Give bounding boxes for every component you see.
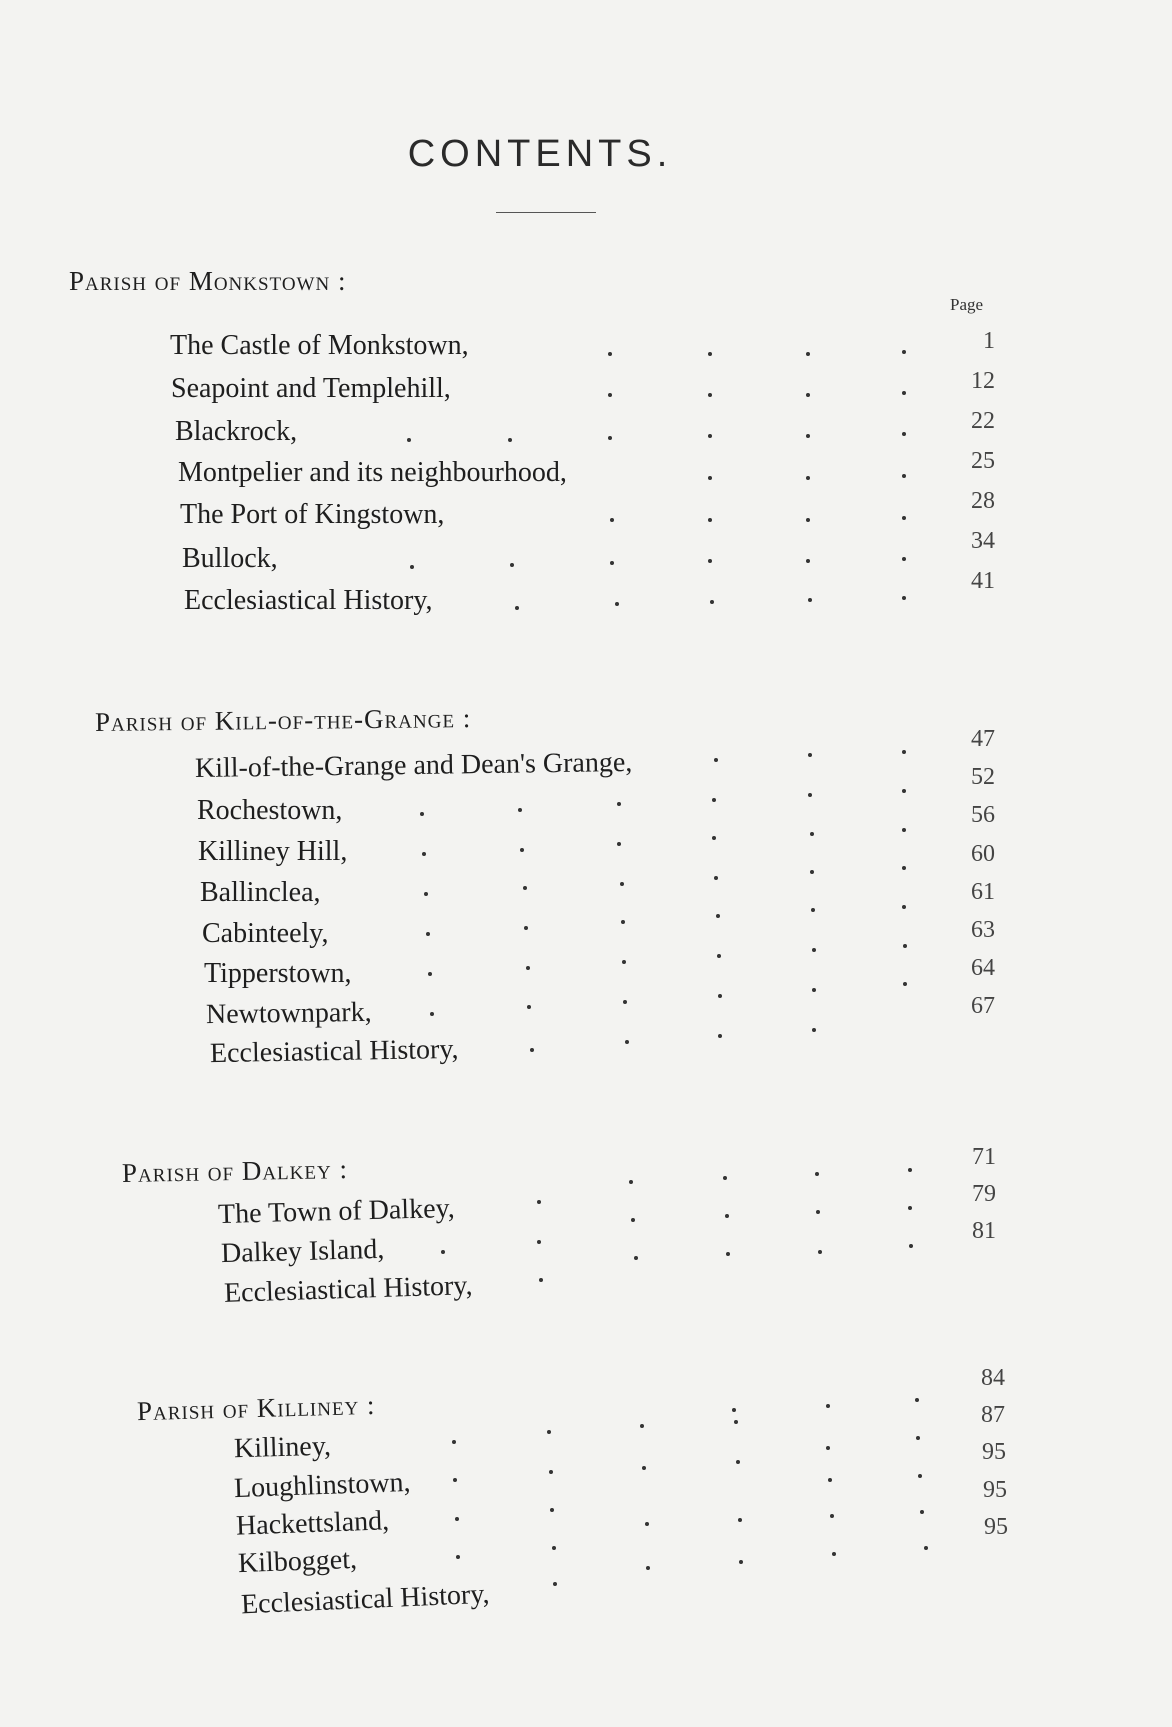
leader-dot (708, 476, 712, 480)
leader-dot (621, 920, 625, 924)
leader-dot (806, 393, 810, 397)
toc-entry[interactable]: The Castle of Monkstown, (170, 330, 469, 362)
leader-dot (710, 600, 714, 604)
leader-dot (608, 436, 612, 440)
leader-dot (453, 1478, 457, 1482)
leader-dot (826, 1446, 830, 1450)
title-rule (496, 212, 596, 213)
toc-entry[interactable]: Loughlinstown, (233, 1467, 411, 1505)
section-heading-kill-of-the-grange: Parish of Kill-of-the-Grange : (95, 703, 472, 738)
leader-dot (903, 944, 907, 948)
page-number: 52 (945, 764, 995, 791)
leader-dot (903, 982, 907, 986)
page-number: 87 (955, 1402, 1005, 1429)
leader-dot (815, 1172, 819, 1176)
leader-dot (806, 434, 810, 438)
leader-dot (723, 1176, 727, 1180)
leader-dot (718, 994, 722, 998)
leader-dot (518, 808, 522, 812)
toc-entry[interactable]: Newtownpark, (206, 997, 372, 1031)
toc-entry[interactable]: Ecclesiastical History, (240, 1579, 490, 1622)
leader-dot (902, 828, 906, 832)
leader-dot (902, 391, 906, 395)
page-number: 84 (955, 1365, 1005, 1392)
leader-dot (806, 352, 810, 356)
page-number: 67 (945, 993, 995, 1020)
leader-dot (732, 1408, 736, 1412)
leader-dot (826, 1404, 830, 1408)
leader-dot (902, 557, 906, 561)
toc-entry[interactable]: Hackettsland, (235, 1505, 389, 1542)
leader-dot (712, 798, 716, 802)
leader-dot (712, 836, 716, 840)
leader-dot (515, 606, 519, 610)
leader-dot (806, 518, 810, 522)
leader-dot (708, 434, 712, 438)
leader-dot (708, 559, 712, 563)
leader-dot (915, 1398, 919, 1402)
leader-dot (553, 1582, 557, 1586)
section-heading-killiney: Parish of Killiney : (137, 1390, 376, 1427)
leader-dot (714, 876, 718, 880)
leader-dot (456, 1555, 460, 1559)
page-title: CONTENTS. (0, 133, 1080, 176)
toc-entry[interactable]: Montpelier and its neighbourhood, (178, 457, 567, 489)
toc-entry[interactable]: Ecclesiastical History, (184, 585, 433, 617)
leader-dot (902, 350, 906, 354)
leader-dot (617, 802, 621, 806)
leader-dot (739, 1560, 743, 1564)
leader-dot (642, 1466, 646, 1470)
leader-dot (924, 1546, 928, 1550)
toc-entry[interactable]: Kill-of-the-Grange and Dean's Grange, (195, 747, 633, 785)
leader-dot (818, 1250, 822, 1254)
leader-dot (902, 866, 906, 870)
leader-dot (622, 960, 626, 964)
leader-dot (550, 1508, 554, 1512)
leader-dot (725, 1214, 729, 1218)
toc-entry[interactable]: Bullock, (182, 543, 278, 575)
page-number: 81 (946, 1218, 996, 1245)
leader-dot (428, 972, 432, 976)
leader-dot (902, 905, 906, 909)
leader-dot (620, 882, 624, 886)
page-number: 25 (945, 448, 995, 475)
leader-dot (816, 1210, 820, 1214)
leader-dot (410, 565, 414, 569)
leader-dot (808, 753, 812, 757)
toc-entry[interactable]: Dalkey Island, (221, 1234, 385, 1270)
leader-dot (902, 750, 906, 754)
leader-dot (426, 932, 430, 936)
leader-dot (610, 518, 614, 522)
leader-dot (508, 438, 512, 442)
page-number: 41 (945, 568, 995, 595)
toc-entry[interactable]: Rochestown, (197, 795, 342, 827)
leader-dot (808, 598, 812, 602)
leader-dot (549, 1470, 553, 1474)
toc-entry[interactable]: The Town of Dalkey, (218, 1193, 456, 1231)
page-number: 56 (945, 802, 995, 829)
leader-dot (420, 812, 424, 816)
toc-entry[interactable]: Killiney Hill, (198, 836, 347, 868)
page-number: 95 (958, 1514, 1008, 1541)
leader-dot (441, 1250, 445, 1254)
leader-dot (527, 1005, 531, 1009)
leader-dot (714, 758, 718, 762)
toc-entry[interactable]: Killiney, (234, 1431, 332, 1466)
page-number: 12 (945, 368, 995, 395)
page-number: 34 (945, 528, 995, 555)
section-heading-monkstown: Parish of Monkstown : (69, 266, 346, 297)
page-number: 95 (956, 1439, 1006, 1466)
leader-dot (610, 561, 614, 565)
leader-dot (909, 1244, 913, 1248)
leader-dot (902, 432, 906, 436)
leader-dot (918, 1474, 922, 1478)
page-number: 63 (945, 917, 995, 944)
leader-dot (708, 352, 712, 356)
leader-dot (645, 1522, 649, 1526)
leader-dot (902, 516, 906, 520)
leader-dot (552, 1546, 556, 1550)
leader-dot (916, 1436, 920, 1440)
leader-dot (708, 393, 712, 397)
leader-dot (530, 1048, 534, 1052)
page-column-label: Page (950, 295, 983, 315)
leader-dot (539, 1278, 543, 1282)
page-number: 47 (945, 726, 995, 753)
leader-dot (812, 948, 816, 952)
leader-dot (812, 988, 816, 992)
section-heading-dalkey: Parish of Dalkey : (122, 1154, 348, 1189)
leader-dot (902, 596, 906, 600)
leader-dot (537, 1200, 541, 1204)
leader-dot (547, 1430, 551, 1434)
page-number: 28 (945, 488, 995, 515)
leader-dot (830, 1514, 834, 1518)
leader-dot (806, 476, 810, 480)
leader-dot (738, 1518, 742, 1522)
leader-dot (708, 518, 712, 522)
leader-dot (608, 393, 612, 397)
leader-dot (908, 1168, 912, 1172)
leader-dot (806, 559, 810, 563)
leader-dot (407, 438, 411, 442)
leader-dot (424, 892, 428, 896)
leader-dot (902, 789, 906, 793)
leader-dot (537, 1240, 541, 1244)
leader-dot (523, 886, 527, 890)
toc-entry[interactable]: Ecclesiastical History, (210, 1034, 459, 1070)
page-number: 79 (946, 1181, 996, 1208)
toc-entry[interactable]: Kilbogget, (237, 1544, 357, 1580)
toc-entry[interactable]: Seapoint and Templehill, (171, 373, 451, 405)
contents-page: CONTENTS. Page Parish of Monkstown : The… (0, 0, 1172, 1727)
leader-dot (452, 1440, 456, 1444)
leader-dot (608, 352, 612, 356)
leader-dot (615, 602, 619, 606)
leader-dot (717, 954, 721, 958)
leader-dot (734, 1420, 738, 1424)
leader-dot (629, 1180, 633, 1184)
leader-dot (520, 848, 524, 852)
leader-dot (726, 1252, 730, 1256)
leader-dot (716, 914, 720, 918)
leader-dot (625, 1040, 629, 1044)
leader-dot (646, 1566, 650, 1570)
page-number: 95 (957, 1477, 1007, 1504)
toc-entry[interactable]: Ballinclea, (200, 877, 321, 909)
leader-dot (634, 1256, 638, 1260)
leader-dot (811, 908, 815, 912)
leader-dot (430, 1012, 434, 1016)
page-number: 22 (945, 408, 995, 435)
leader-dot (526, 966, 530, 970)
toc-entry[interactable]: Cabinteely, (202, 918, 328, 950)
leader-dot (908, 1206, 912, 1210)
leader-dot (832, 1552, 836, 1556)
page-number: 60 (945, 841, 995, 868)
leader-dot (812, 1028, 816, 1032)
page-number: 64 (945, 955, 995, 982)
leader-dot (828, 1478, 832, 1482)
toc-entry[interactable]: Tipperstown, (204, 958, 352, 990)
leader-dot (640, 1424, 644, 1428)
toc-entry[interactable]: The Port of Kingstown, (180, 499, 444, 531)
leader-dot (736, 1460, 740, 1464)
toc-entry[interactable]: Ecclesiastical History, (224, 1270, 473, 1310)
page-number: 71 (946, 1144, 996, 1171)
leader-dot (510, 563, 514, 567)
leader-dot (617, 842, 621, 846)
leader-dot (810, 870, 814, 874)
page-number: 1 (945, 328, 995, 355)
leader-dot (623, 1000, 627, 1004)
leader-dot (455, 1517, 459, 1521)
leader-dot (422, 852, 426, 856)
leader-dot (920, 1510, 924, 1514)
leader-dot (524, 926, 528, 930)
leader-dot (810, 832, 814, 836)
toc-entry[interactable]: Blackrock, (175, 416, 297, 448)
leader-dot (718, 1034, 722, 1038)
leader-dot (631, 1218, 635, 1222)
page-number: 61 (945, 879, 995, 906)
leader-dot (902, 474, 906, 478)
leader-dot (808, 793, 812, 797)
